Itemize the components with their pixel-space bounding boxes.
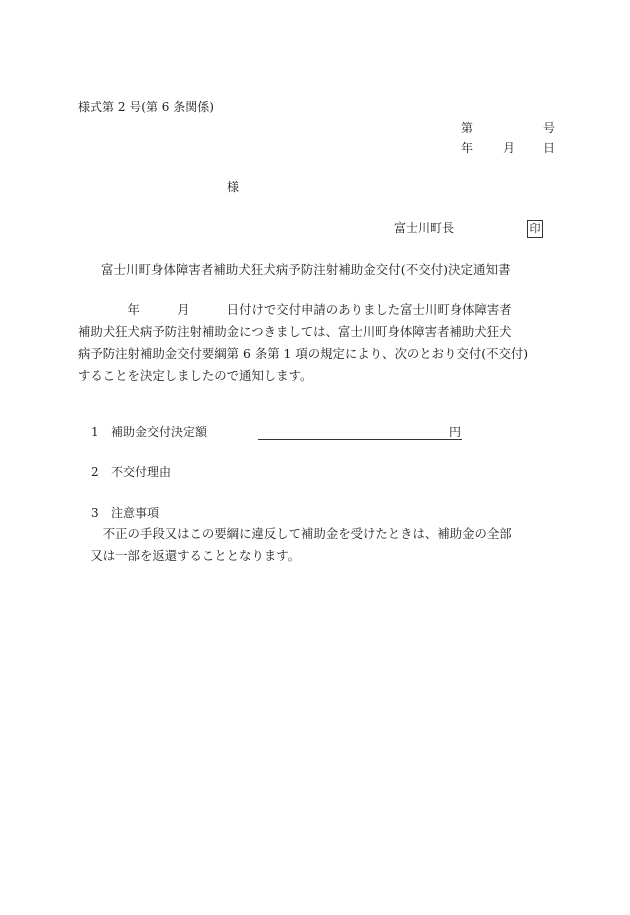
- form-number: 様式第 2 号(第 6 条関係): [78, 101, 214, 113]
- date-month-label: 月: [503, 142, 515, 154]
- grant-amount-field: [258, 425, 462, 440]
- body-line: 病予防注射補助金交付要綱第 6 条第 1 項の規定により、次のとおり交付(不交付…: [78, 343, 558, 365]
- document-number-prefix: 第: [461, 122, 473, 134]
- document-number-suffix: 号: [543, 122, 555, 134]
- item-number-1: 1: [91, 426, 99, 438]
- body-line: 補助犬狂犬病予防注射補助金につきましては、富士川町身体障害者補助犬狂犬: [78, 321, 558, 343]
- item-label-notes: 注意事項: [111, 507, 159, 519]
- item-number-2: 2: [91, 466, 99, 478]
- item-number-3: 3: [91, 507, 99, 519]
- item-label-grant-amount: 補助金交付決定額: [111, 426, 207, 438]
- document-title: 富士川町身体障害者補助犬狂犬病予防注射補助金交付(不交付)決定通知書: [101, 264, 511, 276]
- notice-line: 不正の手段又はこの要綱に違反して補助金を受けたときは、補助金の全部: [78, 523, 512, 545]
- recipient-honorific: 様: [227, 181, 239, 193]
- notice-paragraph: 不正の手段又はこの要綱に違反して補助金を受けたときは、補助金の全部 又は一部を返…: [78, 523, 512, 567]
- date-year-label: 年: [461, 142, 473, 154]
- issuer-title: 富士川町長: [394, 222, 454, 234]
- seal-mark: 印: [527, 220, 543, 238]
- item-label-rejection-reason: 不交付理由: [111, 466, 171, 478]
- yen-unit: 円: [449, 426, 461, 438]
- body-line: 年 月 日付けで交付申請のありました富士川町身体障害者: [78, 299, 558, 321]
- body-paragraph: 年 月 日付けで交付申請のありました富士川町身体障害者 補助犬狂犬病予防注射補助…: [78, 299, 558, 387]
- body-line: することを決定しましたので通知します。: [78, 365, 558, 387]
- date-day-label: 日: [543, 142, 555, 154]
- notice-line: 又は一部を返還することとなります。: [78, 545, 512, 567]
